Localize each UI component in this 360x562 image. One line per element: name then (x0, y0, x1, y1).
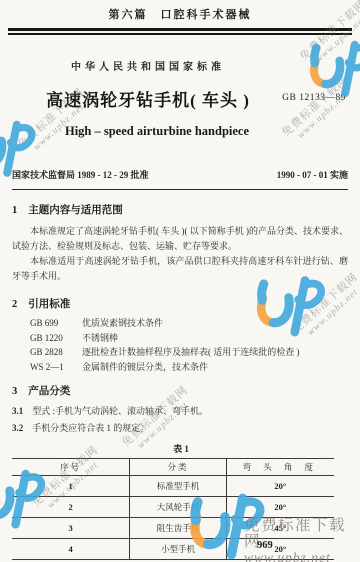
table-cell-category: 大风轮手机 (130, 497, 226, 518)
approval-rule (12, 189, 348, 190)
table-1: 序号 分类 弯 头 角 度 1 标准型手机 20° 2 大风轮手机 20° 3 … (12, 458, 334, 560)
section-3-heading: 3产品分类 (12, 383, 348, 398)
reference-code: WS 2—1 (30, 360, 82, 375)
reference-title: 逐批检查计数抽样程序及抽样表( 适用于连续批的检查 ) (82, 345, 300, 360)
reference-item: GB 699 优质炭素钢技术条件 (12, 316, 348, 331)
reference-code: GB 699 (30, 316, 82, 331)
reference-title: 优质炭素钢技术条件 (82, 316, 163, 331)
table-cell-category: 标准型手机 (130, 476, 226, 497)
table-row: 4 小型手机 20° (12, 539, 334, 560)
approval-row: 国家技术监督局 1989 - 12 - 29 批准 1990 - 07 - 01… (12, 168, 348, 181)
document-title-en: High – speed airturbine handpiece (12, 124, 302, 139)
table-cell-category: 阻生齿手机 (130, 518, 226, 539)
reference-code: GB 2828 (30, 345, 82, 360)
table-row: 3 阻生齿手机 45° (12, 518, 334, 539)
reference-item: GB 1220 不锈钢棒 (12, 331, 348, 346)
clause-3-1-text: 型式 :手机为气动涡轮、滚动轴承、弯手机。 (32, 406, 208, 416)
section-1-paragraph-2: 本标准适用于高速涡轮牙钻手机，该产品供口腔科夹持高速牙科车针进行钻、磨牙等手术用… (12, 254, 348, 284)
section-3-number: 3 (12, 386, 17, 397)
effective-date: 1990 - 07 - 01 实施 (277, 168, 348, 181)
document-title-cn: 高速涡轮牙钻手机( 车头 ) (12, 86, 284, 111)
table-cell-index: 3 (12, 518, 130, 539)
reference-title: 不锈钢棒 (82, 331, 118, 346)
section-1-title: 主题内容与适用范围 (28, 205, 123, 216)
clause-3-1-number: 3.1 (12, 406, 23, 416)
approval-authority: 国家技术监督局 1989 - 12 - 29 批准 (12, 168, 149, 181)
header-double-rule (8, 28, 352, 35)
table-cell-angle: 45° (226, 518, 334, 539)
table-header-cell: 弯 头 角 度 (226, 459, 334, 476)
table-header-cell: 分类 (130, 459, 226, 476)
table-cell-angle: 20° (226, 476, 334, 497)
table-header-row: 序号 分类 弯 头 角 度 (12, 459, 334, 476)
national-standard-label: 中华人民共和国国家标准 (12, 58, 284, 73)
chapter-header: 第六篇 口腔科手术器械 (12, 6, 348, 22)
table-cell-index: 1 (12, 476, 130, 497)
section-1-heading: 1主题内容与适用范围 (12, 202, 348, 217)
reference-list: GB 699 优质炭素钢技术条件 GB 1220 不锈钢棒 GB 2828 逐批… (12, 316, 348, 374)
reference-item: GB 2828 逐批检查计数抽样程序及抽样表( 适用于连续批的检查 ) (12, 345, 348, 360)
document-page: 第六篇 口腔科手术器械 中华人民共和国国家标准 高速涡轮牙钻手机( 车头 ) H… (0, 0, 360, 562)
section-2-heading: 2引用标准 (12, 296, 348, 311)
section-2-title: 引用标准 (28, 299, 70, 310)
clause-3-2-number: 3.2 (12, 423, 23, 433)
clause-3-2-text: 手机分类应符合表 1 的规定。 (32, 423, 149, 433)
table-cell-index: 4 (12, 539, 130, 560)
table-cell-category: 小型手机 (130, 539, 226, 560)
table-row: 1 标准型手机 20° (12, 476, 334, 497)
section-1-number: 1 (12, 205, 17, 216)
reference-code: GB 1220 (30, 331, 82, 346)
section-2-number: 2 (12, 299, 17, 310)
page-number: 969 (257, 540, 273, 551)
clause-3-1: 3.1型式 :手机为气动涡轮、滚动轴承、弯手机。 (12, 404, 348, 417)
section-1-paragraph-1: 本标准规定了高速涡轮牙钻手机( 车头 )( 以下简称手机 )的产品分类、技术要求… (12, 224, 348, 254)
table-header-cell: 序号 (12, 459, 130, 476)
table-cell-angle: 20° (226, 539, 334, 560)
table-1-caption: 表 1 (12, 442, 350, 455)
reference-item: WS 2—1 金属制件的镀层分类，技术条件 (12, 360, 348, 375)
page-content: 第六篇 口腔科手术器械 中华人民共和国国家标准 高速涡轮牙钻手机( 车头 ) H… (0, 0, 360, 560)
table-row: 2 大风轮手机 20° (12, 497, 334, 518)
table-cell-index: 2 (12, 497, 130, 518)
table-cell-angle: 20° (226, 497, 334, 518)
clause-3-2: 3.2手机分类应符合表 1 的规定。 (12, 421, 348, 434)
reference-title: 金属制件的镀层分类，技术条件 (82, 360, 208, 375)
section-3-title: 产品分类 (28, 386, 70, 397)
